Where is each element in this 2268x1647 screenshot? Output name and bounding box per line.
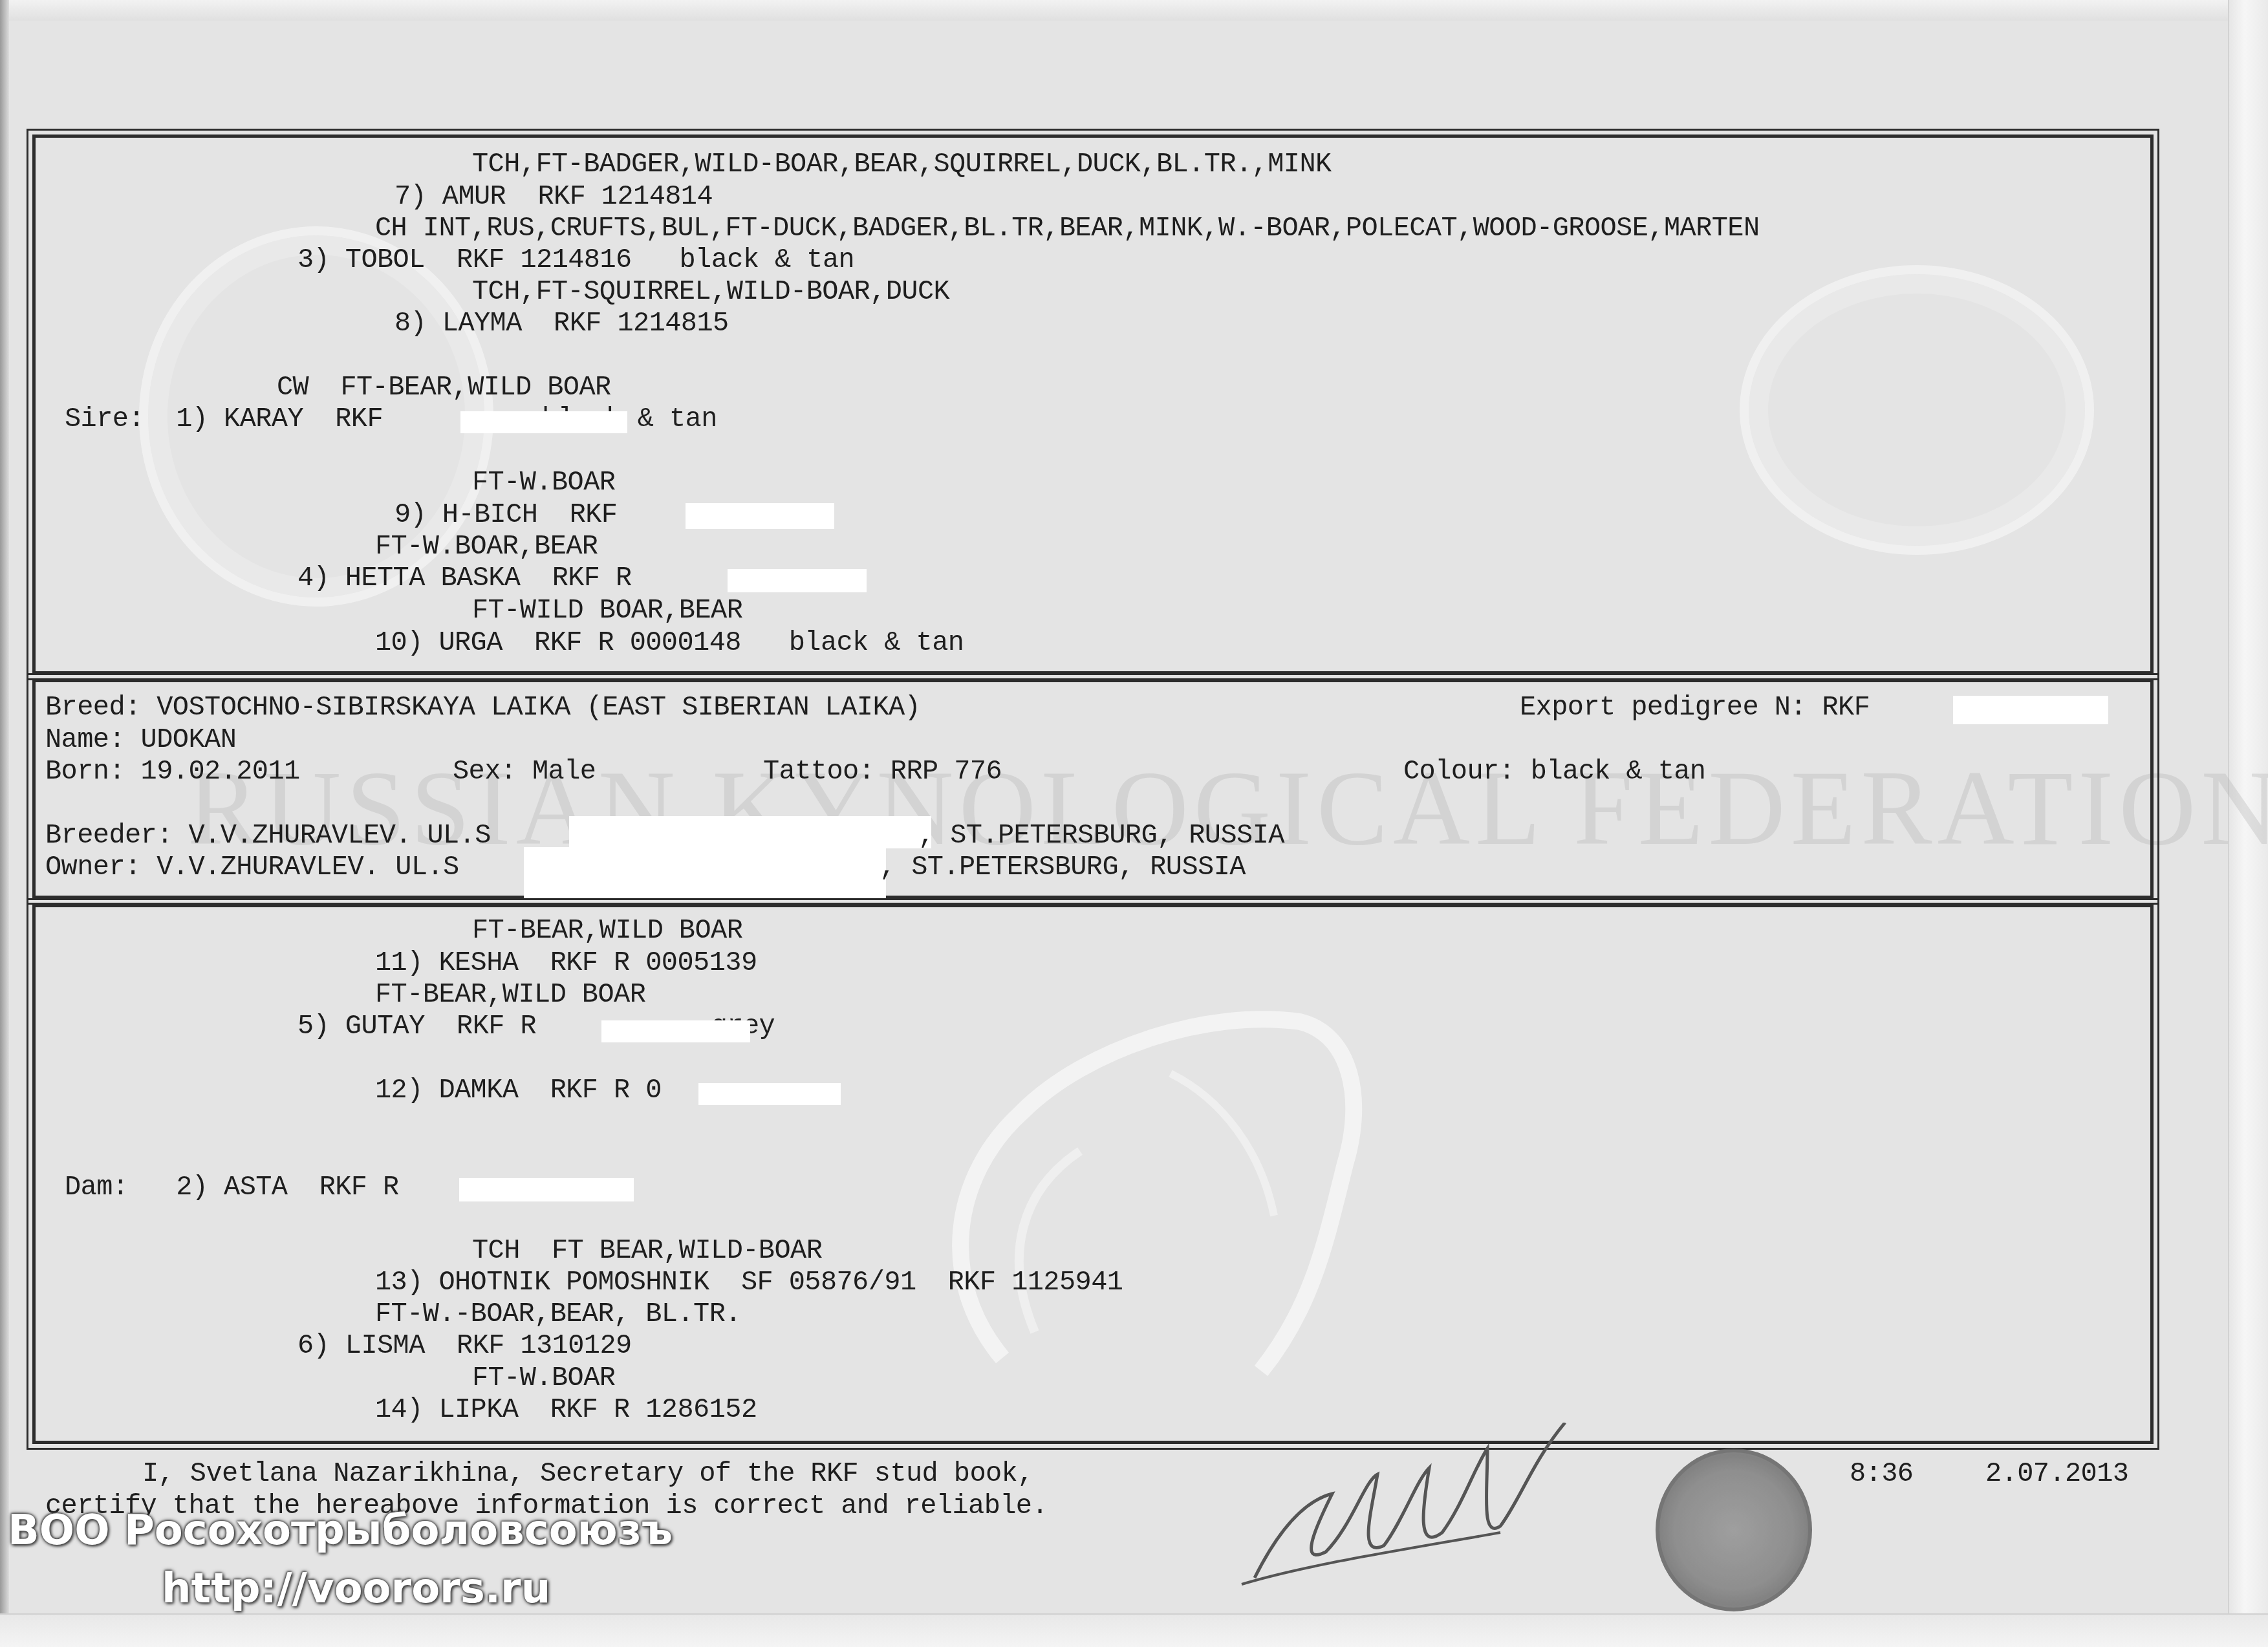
ancestor-titles: FT-W.-BOAR,BEAR, BL.TR. — [375, 1298, 741, 1329]
ancestor-titles: FT-W.BOAR — [472, 1362, 615, 1394]
ancestor-titles: TCH,FT-SQUIRREL,WILD-BOAR,DUCK — [472, 276, 949, 307]
ancestor-titles: FT-BEAR,WILD BOAR — [375, 979, 645, 1010]
sex-field: Sex: Male — [453, 756, 596, 787]
ancestor-titles: FT-WILD BOAR,BEAR — [472, 595, 742, 626]
official-stamp-icon — [1656, 1448, 1812, 1611]
redaction-mark — [1953, 696, 2108, 724]
ancestor-entry: 7) AMUR RKF 1214814 — [394, 181, 713, 212]
ancestor-entry: 13) OHOTNIK POMOSHNIK SF 05876/91 RKF 11… — [375, 1267, 1123, 1298]
ancestor-titles: TCH,FT-BADGER,WILD-BOAR,BEAR,SQUIRREL,DU… — [472, 149, 1332, 180]
redaction-mark — [728, 569, 867, 592]
certification-date: 2.07.2013 — [1985, 1458, 2128, 1489]
sire-titles: CW FT-BEAR,WILD BOAR — [277, 372, 611, 403]
paper-top-edge — [0, 0, 2268, 21]
redaction-mark — [601, 1020, 750, 1042]
tattoo-field: Tattoo: RRP 776 — [763, 756, 1002, 787]
breeder-city: , ST.PETERSBURG, RUSSIA — [918, 820, 1284, 851]
ancestor-entry: 11) KESHA RKF R 0005139 — [375, 947, 757, 978]
ancestor-entry: 6) LISMA RKF 1310129 — [297, 1330, 632, 1361]
ancestor-titles: CH INT,RUS,CRUFTS,BUL,FT-DUCK,BADGER,BL.… — [375, 213, 1760, 244]
ancestor-entry: 4) HETTA BASKA RKF R — [297, 563, 632, 594]
ancestor-titles: FT-BEAR,WILD BOAR — [472, 915, 742, 946]
ancestor-titles: FT-W.BOAR,BEAR — [375, 531, 598, 562]
breeder-field: Breeder: V.V.ZHURAVLEV. UL.S — [45, 820, 491, 851]
name-field: Name: UDOKAN — [45, 724, 236, 755]
export-pedigree-field: Export pedigree N: RKF — [1520, 692, 1870, 723]
redaction-mark — [569, 816, 931, 848]
ancestor-entry: 10) URGA RKF R 0000148 black & tan — [375, 627, 964, 658]
colour-field: Colour: black & tan — [1403, 756, 1705, 787]
certification-time: 8:36 — [1850, 1458, 1913, 1489]
breed-field: Breed: VOSTOCHNO-SIBIRSKAYA LAIKA (EAST … — [45, 692, 920, 723]
organization-watermark: ВОО Росохотрыболовсоюзъ — [8, 1507, 673, 1555]
redaction-mark — [698, 1083, 841, 1105]
ancestor-titles: FT-W.BOAR — [472, 467, 615, 498]
website-watermark: http://voorors.ru — [162, 1565, 550, 1613]
paper-left-edge — [0, 0, 9, 1647]
ancestor-entry: 3) TOBOL RKF 1214816 black & tan — [297, 244, 854, 275]
born-field: Born: 19.02.2011 — [45, 756, 300, 787]
redaction-mark — [524, 847, 886, 899]
ancestor-titles: TCH FT BEAR,WILD-BOAR — [472, 1235, 822, 1266]
certification-line-1: I, Svetlana Nazarikhina, Secretary of th… — [142, 1458, 1033, 1489]
ancestor-entry: 14) LIPKA RKF R 1286152 — [375, 1394, 757, 1425]
redaction-mark — [460, 411, 627, 433]
redaction-mark — [686, 503, 834, 529]
owner-city: , ST.PETERSBURG, RUSSIA — [880, 852, 1246, 883]
ancestor-entry: 9) H-BICH RKF — [394, 499, 617, 530]
ancestor-entry: 12) DAMKA RKF R 0 — [375, 1075, 662, 1106]
ancestor-entry: 8) LAYMA RKF 1214815 — [394, 308, 729, 339]
paper-bottom-edge — [0, 1613, 2268, 1647]
redaction-mark — [459, 1178, 634, 1201]
signature-icon — [1229, 1423, 1681, 1591]
owner-field: Owner: V.V.ZHURAVLEV. UL.S — [45, 852, 459, 883]
